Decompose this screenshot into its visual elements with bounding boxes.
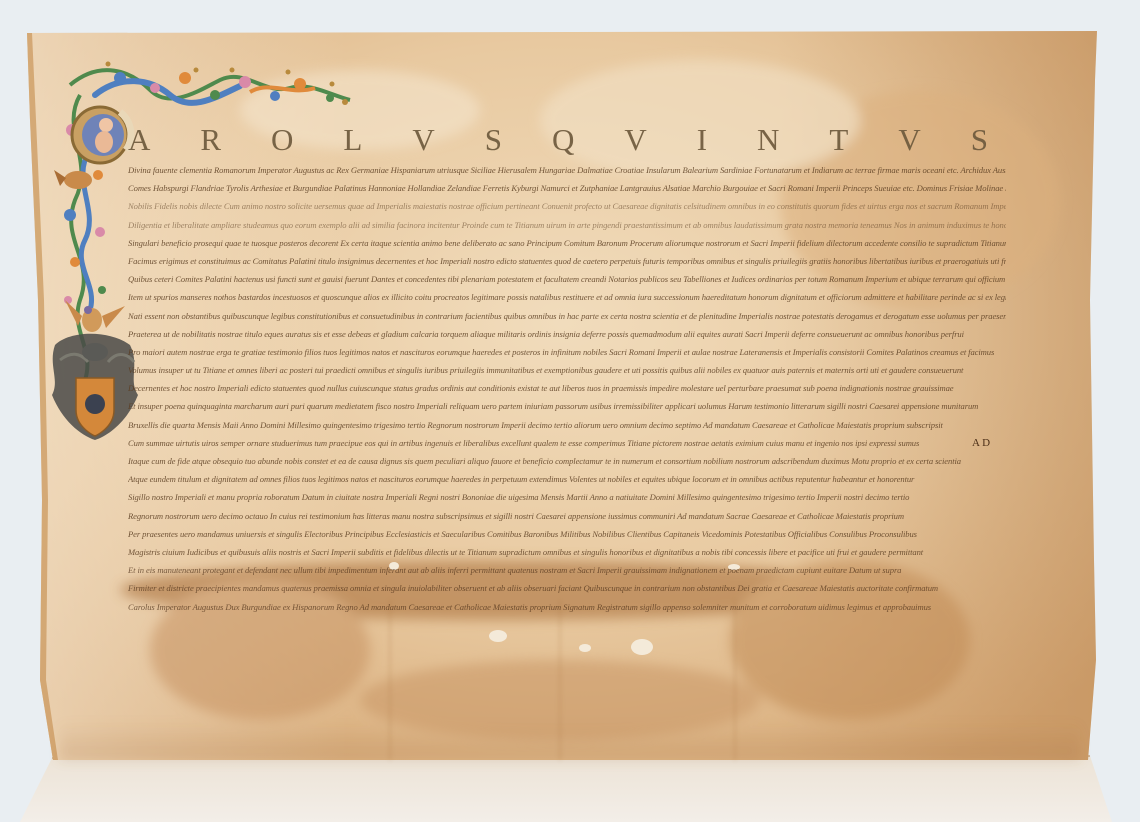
text-line: Atque eundem titulum et dignitatem ad om…	[128, 470, 1006, 488]
title-letter: R	[200, 122, 221, 158]
text-line: Et in eis manuteneant protegant et defen…	[128, 561, 1006, 579]
text-line: Magistris ciuium Iudicibus et quibusuis …	[128, 543, 1006, 561]
text-line: Firmiter et districte praecipientes mand…	[128, 579, 1006, 597]
title-letter: O	[271, 122, 293, 158]
title-letter: N	[757, 122, 779, 158]
text-line: Divina fauente clementia Romanorum Imper…	[128, 161, 1006, 179]
text-line: Diligentia et liberalitate ampliare stud…	[128, 216, 1006, 234]
title-letter: L	[343, 122, 362, 158]
title-letter: V	[898, 122, 920, 158]
text-line: Bruxellis die quarta Mensis Maii Anno Do…	[128, 416, 1006, 434]
text-line: Facimus erigimus et constituimus ac Comi…	[128, 252, 1006, 270]
text-line: Volumus insuper ut tu Titiane et omnes l…	[128, 361, 1006, 379]
text-line: Regnorum nostrorum uero decimo octauo In…	[128, 507, 1006, 525]
text-line: Sigillo nostro Imperiali et manu propria…	[128, 488, 1006, 506]
folded-flap	[20, 756, 1112, 822]
document-title: A R O L V S Q V I N T V S	[128, 118, 988, 158]
title-letter: V	[624, 122, 646, 158]
text-line: Item ut spurios manseres nothos bastardo…	[128, 288, 1006, 306]
document-body-text: Divina fauente clementia Romanorum Imper…	[128, 161, 1006, 616]
text-line: Praeterea ut de nobilitatis nostrae titu…	[128, 325, 1006, 343]
text-line: Singulari beneficio prosequi quae te tuo…	[128, 234, 1006, 252]
title-letter: T	[829, 122, 848, 158]
text-line: Quibus ceteri Comites Palatini hactenus …	[128, 270, 1006, 288]
text-line: Decernentes et hoc nostro Imperiali edic…	[128, 379, 1006, 397]
title-letter: S	[971, 122, 988, 158]
text-line: Nati essent non obstantibus quibuscunque…	[128, 307, 1006, 325]
text-line: Comes Habspurgi Flandriae Tyrolis Arthes…	[128, 179, 1006, 197]
title-letter: A	[128, 122, 150, 158]
annotation-mark: A D	[972, 437, 990, 449]
text-line: Itaque cum de fide atque obsequio tuo ab…	[128, 452, 1006, 470]
text-line: Et insuper poena quinquaginta marcharum …	[128, 397, 1006, 415]
text-line: Cum summae uirtutis uiros semper ornare …	[128, 434, 1006, 452]
document-photo: A R O L V S Q V I N T V S Divina fauente…	[0, 0, 1140, 822]
text-line: Pro maiori autem nostrae erga te gratiae…	[128, 343, 1006, 361]
text-line: Per praesentes uero mandamus uniuersis e…	[128, 525, 1006, 543]
title-letter: I	[697, 122, 707, 158]
text-line: Nobilis Fidelis nobis dilecte Cum animo …	[128, 197, 1006, 215]
title-letter: Q	[552, 122, 574, 158]
title-letter: S	[485, 122, 502, 158]
title-letter: V	[412, 122, 434, 158]
text-line: Carolus Imperator Augustus Dux Burgundia…	[128, 598, 1006, 616]
